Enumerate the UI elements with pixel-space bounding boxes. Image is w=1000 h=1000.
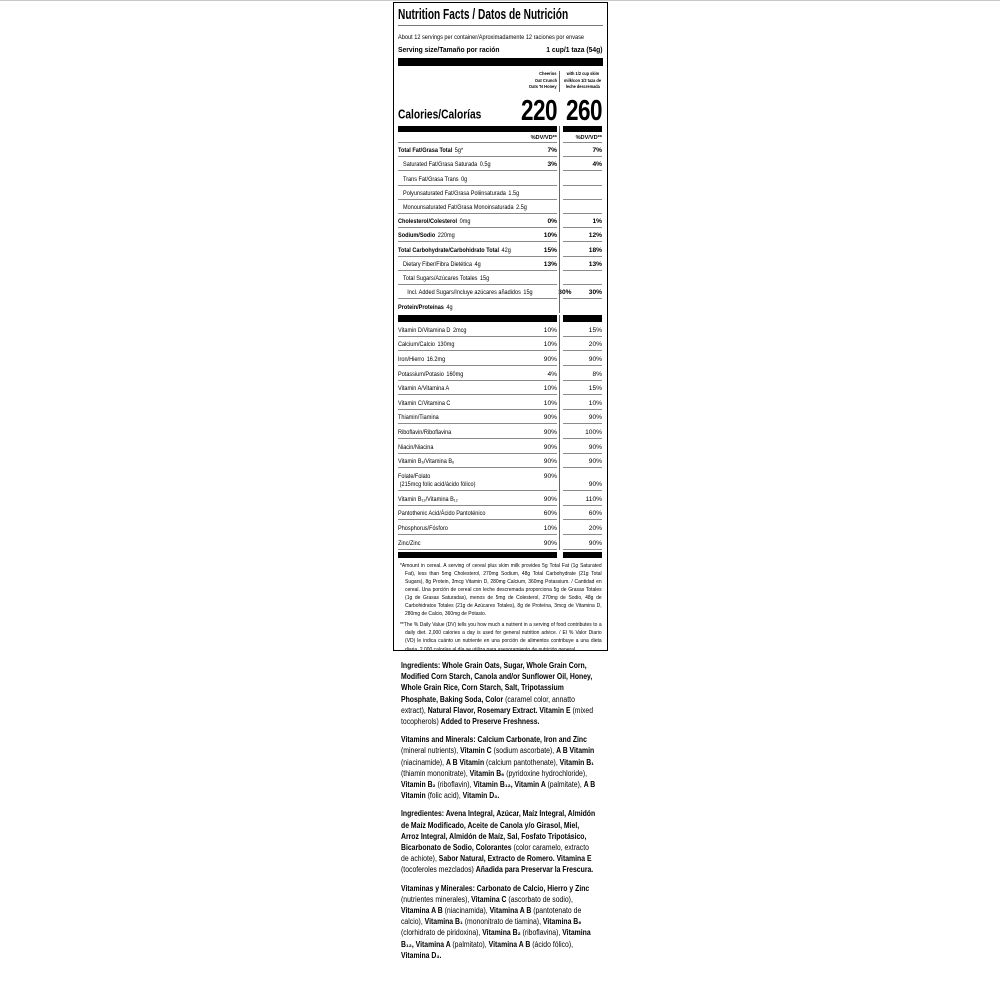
daily-value-cereal: 7%	[547, 147, 557, 154]
nutrient-label-group: Sodium/Sodio220mg	[398, 232, 455, 239]
daily-value-with-milk-cell: 10%	[563, 395, 602, 410]
footnote: *Amount in cereal. A serving of cereal p…	[400, 562, 602, 619]
nutrient-cell: Iron/Hierro16.2mg90%	[398, 351, 557, 366]
ingredient-regular-text: (pyridoxine hydrochloride),	[506, 769, 587, 778]
nutrient-amount: 160mg	[446, 371, 463, 378]
nutrient-cell: Vitamin C/Vitamina C10%	[398, 395, 557, 410]
daily-value-with-milk-cell: 20%	[563, 337, 602, 352]
nutrient-cell: Zinc/Zinc90%	[398, 535, 557, 550]
nutrient-label-group: Thiamin/Tiamina	[398, 414, 439, 421]
ingredient-bold-text: Vitamin D₃.	[463, 791, 500, 800]
nutrient-name: Iron/Hierro	[398, 356, 424, 363]
column-divider	[557, 454, 563, 469]
ingredient-bold-text: Added to Preserve Freshness.	[441, 717, 540, 726]
nutrient-label-group: Vitamin D/Vitamina D2mcg	[398, 327, 466, 334]
column-divider	[557, 322, 563, 337]
calories-row: Calories/Calorías 220 260	[398, 93, 603, 124]
panel-title: Nutrition Facts / Datos de Nutrición	[398, 4, 568, 23]
nutrient-sublabel: (215mcg folic acid/ácido fólico)	[398, 481, 532, 488]
nutrient-row: Phosphorus/Fósforo10%20%	[398, 520, 603, 535]
daily-value-cereal: 90%	[544, 444, 557, 451]
ingredient-bold-text: Vitamina A B	[401, 906, 445, 915]
calories-value-cereal: 220	[521, 98, 557, 124]
column-divider	[557, 214, 563, 228]
nutrient-cell: Trans Fat/Grasa Trans0g	[398, 171, 557, 185]
daily-value-with-milk-cell: 15%	[563, 322, 602, 337]
daily-value-cereal: 90%	[544, 429, 557, 436]
nutrient-amount: 2mcg	[453, 327, 467, 334]
nutrient-row: Zinc/Zinc90%90%	[398, 535, 603, 550]
nutrient-name: Dietary Fiber/Fibra Dietética	[403, 261, 472, 268]
nutrient-row: Total Sugars/Azúcares Totales15g	[398, 271, 603, 285]
column-divider	[557, 271, 563, 285]
daily-value-cereal: 0%	[547, 218, 557, 225]
daily-value-with-milk: 12%	[589, 232, 602, 239]
nutrient-label-group: Vitamin C/Vitamina C	[398, 400, 450, 407]
nutrient-label-group: Incl. Added Sugars/Incluye azúcares añad…	[398, 289, 533, 296]
nutrient-label-group: Total Carbohydrate/Carbohidrato Total42g	[398, 247, 511, 254]
nutrient-row: Trans Fat/Grasa Trans0g	[398, 171, 603, 185]
daily-value-with-milk: 20%	[589, 525, 602, 532]
ingredient-regular-text: (palmitato),	[452, 940, 488, 949]
nutrient-label-group: Zinc/Zinc	[398, 540, 420, 547]
ingredients-paragraph: Ingredients: Whole Grain Oats, Sugar, Wh…	[401, 660, 598, 727]
daily-value-with-milk-cell: 1%	[563, 214, 602, 228]
daily-value-cereal: 13%	[544, 261, 557, 268]
daily-value-with-milk-cell: 7%	[563, 143, 602, 157]
nutrient-name: Folate/Folato	[398, 473, 430, 480]
nutrient-amount: 0g	[461, 176, 467, 183]
ingredient-bold-text: Vitamina B₆	[543, 917, 581, 926]
ingredient-bold-text: Vitamina D₃.	[401, 951, 441, 960]
nutrient-row: Riboflavin/Riboflavina90%100%	[398, 424, 603, 439]
nutrient-amount: 130mg	[437, 341, 454, 348]
ingredient-bold-text: A B Vitamin	[556, 746, 594, 755]
serving-size-value: 1 cup/1 taza (54g)	[547, 45, 603, 54]
ingredient-bold-text: A B Vitamin	[446, 758, 486, 767]
nutrient-name: Vitamin B₁₂/Vitamina B₁₂	[398, 496, 458, 503]
vitamin-mineral-rows: Vitamin D/Vitamina D2mcg10%15%Calcium/Ca…	[398, 322, 603, 549]
nutrient-name: Sodium/Sodio	[398, 232, 435, 239]
daily-value-with-milk-cell: 30%	[563, 285, 602, 299]
daily-value-with-milk: 10%	[589, 400, 602, 407]
column-divider	[557, 337, 563, 352]
column1-header-line: Cheerios	[540, 72, 557, 79]
daily-value-with-milk-cell: 13%	[563, 257, 602, 271]
nutrient-cell: Total Fat/Grasa Total5g*7%	[398, 143, 557, 157]
nutrient-name: Calcium/Calcio	[398, 341, 435, 348]
daily-value-with-milk-cell: 4%	[563, 157, 602, 171]
nutrient-label-group: Pantothenic Acid/Ácido Pantoténico	[398, 510, 485, 517]
nutrient-name: Protein/Proteínas	[398, 304, 444, 311]
daily-value-with-milk: 90%	[589, 444, 602, 451]
column-divider	[557, 439, 563, 454]
nutrient-row: Dietary Fiber/Fibra Dietética4g13%13%	[398, 257, 603, 271]
column-divider	[557, 520, 563, 535]
nutrient-name: Niacin/Niacina	[398, 444, 433, 451]
nutrient-row: Pantothenic Acid/Ácido Pantoténico60%60%	[398, 506, 603, 521]
ingredient-bold-text: Vitamina A B	[489, 940, 533, 949]
nutrient-label-group: Dietary Fiber/Fibra Dietética4g	[398, 261, 481, 268]
daily-value-with-milk: 90%	[589, 540, 602, 547]
nutrient-label-group: Polyunsaturated Fat/Grasa Poliinsaturada…	[398, 190, 519, 197]
daily-value-with-milk-cell	[563, 299, 602, 313]
daily-value-with-milk-cell: 90%	[563, 410, 602, 425]
ingredient-bold-text: Vitamins and Minerals: Calcium Carbonate…	[401, 735, 587, 744]
serving-size-label: Serving size/Tamaño por ración	[398, 45, 500, 54]
column-divider	[557, 366, 563, 381]
nutrient-label-group: Total Sugars/Azúcares Totales15g	[398, 275, 489, 282]
nutrient-label-group: Calcium/Calcio130mg	[398, 341, 454, 348]
ingredient-bold-text: Natural Flavor, Rosemary Extract. Vitami…	[428, 706, 573, 715]
daily-value-with-milk-cell: 90%	[563, 468, 602, 491]
nutrient-amount: 2.5g	[516, 204, 527, 211]
column-divider	[557, 257, 563, 271]
nutrition-label: Nutrition Facts / Datos de Nutrición Abo…	[393, 2, 608, 968]
nutrient-row: Potassium/Potasio160mg4%8%	[398, 366, 603, 381]
nutrient-label-group: Folate/Folato	[398, 473, 430, 480]
daily-value-with-milk-cell: 8%	[563, 366, 602, 381]
column-divider	[557, 171, 563, 185]
daily-value-cereal: 10%	[544, 327, 557, 334]
nutrition-facts-panel: Nutrition Facts / Datos de Nutrición Abo…	[393, 2, 608, 651]
nutrient-name: Monounsaturated Fat/Grasa Monoinsaturada	[403, 204, 514, 211]
column1-header-line: Oat Crunch	[535, 79, 557, 86]
nutrient-label-group: Riboflavin/Riboflavina	[398, 429, 451, 436]
daily-value-with-milk-cell	[563, 200, 602, 214]
nutrient-cell: Protein/Proteínas4g	[398, 299, 557, 313]
column-divider	[557, 143, 563, 157]
ingredient-regular-text: (palmitate),	[547, 780, 583, 789]
nutrient-label-group: Total Fat/Grasa Total5g*	[398, 147, 463, 154]
nutrient-name: Vitamin C/Vitamina C	[398, 400, 450, 407]
column-divider	[557, 395, 563, 410]
daily-value-with-milk-cell: 12%	[563, 228, 602, 242]
ingredient-bold-text: Vitamina B₁	[425, 917, 465, 926]
nutrient-cell: Monounsaturated Fat/Grasa Monoinsaturada…	[398, 200, 557, 214]
column-divider	[557, 410, 563, 425]
nutrient-name: Total Fat/Grasa Total	[398, 147, 452, 154]
nutrient-name: Zinc/Zinc	[398, 540, 420, 547]
nutrient-row: Niacin/Niacina90%90%	[398, 439, 603, 454]
nutrient-cell: Riboflavin/Riboflavina90%	[398, 424, 557, 439]
ingredient-regular-text: (clorhidrato de piridoxina),	[401, 928, 482, 937]
nutrient-cell: Incl. Added Sugars/Incluye azúcares añad…	[398, 285, 557, 299]
nutrient-row: Polyunsaturated Fat/Grasa Poliinsaturada…	[398, 186, 603, 200]
nutrient-amount: 16.2mg	[427, 356, 445, 363]
daily-value-cereal: 90%	[544, 496, 557, 503]
ingredient-bold-text: Vitamin B₂	[401, 780, 437, 789]
nutrient-name: Total Sugars/Azúcares Totales	[403, 275, 477, 282]
nutrient-amount: 15g	[480, 275, 489, 282]
daily-value-cereal: 90%	[544, 356, 557, 363]
dv-header-col2: %DV/VD**	[576, 135, 602, 141]
ingredient-bold-text: Vitamin B₁	[560, 758, 594, 767]
daily-value-with-milk-cell: 18%	[563, 242, 602, 256]
column2-header: with 1/2 cup skimmilk/con 1/2 taza delec…	[563, 71, 602, 92]
nutrient-name: Vitamin D/Vitamina D	[398, 327, 450, 334]
nutrient-cell: Dietary Fiber/Fibra Dietética4g13%	[398, 257, 557, 271]
ingredient-bold-text: Vitamin B₆	[470, 769, 507, 778]
nutrient-name: Trans Fat/Grasa Trans	[403, 176, 459, 183]
daily-value-with-milk: 90%	[589, 414, 602, 421]
thick-bar-top	[398, 58, 603, 66]
daily-value-with-milk-cell: 60%	[563, 506, 602, 521]
nutrient-row: Protein/Proteínas4g	[398, 299, 603, 313]
daily-value-with-milk: 8%	[592, 371, 602, 378]
ingredient-bold-text: Vitamina B₂	[482, 928, 522, 937]
column-divider	[557, 157, 563, 171]
nutrient-row: Iron/Hierro16.2mg90%90%	[398, 351, 603, 366]
nutrient-row: Total Carbohydrate/Carbohidrato Total42g…	[398, 242, 603, 256]
nutrient-name: Pantothenic Acid/Ácido Pantoténico	[398, 510, 485, 517]
nutrient-row: Vitamin A/Vitamina A10%15%	[398, 381, 603, 396]
daily-value-with-milk-cell: 90%	[563, 535, 602, 550]
nutrient-label-group: Monounsaturated Fat/Grasa Monoinsaturada…	[398, 204, 527, 211]
daily-value-with-milk-cell: 90%	[563, 439, 602, 454]
nutrient-label-group: Vitamin B₆/Vitamina B₆	[398, 458, 454, 465]
daily-value-cereal: 10%	[544, 341, 557, 348]
nutrient-cell: Vitamin A/Vitamina A10%	[398, 381, 557, 396]
daily-value-cereal: 90%	[544, 414, 557, 421]
daily-value-cereal: 4%	[547, 371, 557, 378]
ingredient-bold-text: Vitamina C	[471, 895, 508, 904]
column-divider	[557, 468, 563, 491]
daily-value-with-milk: 90%	[589, 356, 602, 363]
calories-label: Calories/Calorías	[398, 107, 481, 122]
nutrient-cell: Potassium/Potasio160mg4%	[398, 366, 557, 381]
column-divider	[557, 491, 563, 506]
ingredient-regular-text: (thiamin mononitrate),	[401, 769, 470, 778]
nutrient-row: Vitamin B₆/Vitamina B₆90%90%	[398, 454, 603, 469]
nutrient-cell: Saturated Fat/Grasa Saturada0.5g3%	[398, 157, 557, 171]
nutrient-amount: 4g	[446, 304, 452, 311]
nutrient-cell: Calcium/Calcio130mg10%	[398, 337, 557, 352]
column-headers: CheeriosOat CrunchOats 'N Honey with 1/2…	[398, 71, 603, 92]
nutrient-label-group: Vitamin B₁₂/Vitamina B₁₂	[398, 496, 458, 503]
nutrient-row: Sodium/Sodio220mg10%12%	[398, 228, 603, 242]
nutrient-cell: Cholesterol/Colesterol0mg0%	[398, 214, 557, 228]
daily-value-cereal: 10%	[544, 525, 557, 532]
nutrient-cell: Folate/Folato90%(215mcg folic acid/ácido…	[398, 468, 557, 491]
ingredient-bold-text: Sabor Natural, Extracto de Romero. Vitam…	[439, 854, 592, 863]
daily-value-with-milk-cell: 110%	[563, 491, 602, 506]
column-divider	[557, 200, 563, 214]
footnotes: *Amount in cereal. A serving of cereal p…	[398, 561, 603, 651]
daily-value-header-row: %DV/VD** %DV/VD**	[398, 132, 603, 143]
ingredient-regular-text: (niacinamide),	[401, 758, 446, 767]
nutrient-amount: 42g	[502, 247, 511, 254]
daily-value-with-milk-cell: 20%	[563, 520, 602, 535]
nutrient-amount: 4g	[475, 261, 481, 268]
column2-header-line: milk/con 1/2 taza de	[564, 79, 601, 86]
daily-value-with-milk-cell	[563, 186, 602, 200]
column-divider	[557, 351, 563, 366]
daily-value-with-milk: 90%	[589, 481, 602, 488]
daily-value-with-milk: 30%	[589, 289, 602, 296]
nutrient-cell: Total Sugars/Azúcares Totales15g	[398, 271, 557, 285]
ingredients-paragraph: Ingredientes: Avena Integral, Azúcar, Ma…	[401, 808, 598, 875]
daily-value-with-milk: 18%	[589, 247, 602, 254]
daily-value-cereal: 10%	[544, 400, 557, 407]
ingredient-regular-text: (sodium ascorbate),	[494, 746, 557, 755]
nutrient-label-group: Cholesterol/Colesterol0mg	[398, 218, 470, 225]
column-divider	[557, 381, 563, 396]
column-divider	[557, 71, 563, 92]
nutrient-cell: Phosphorus/Fósforo10%	[398, 520, 557, 535]
column-divider	[557, 186, 563, 200]
nutrient-cell: Pantothenic Acid/Ácido Pantoténico60%	[398, 506, 557, 521]
column-divider	[557, 299, 563, 313]
nutrient-cell: Vitamin B₆/Vitamina B₆90%	[398, 454, 557, 469]
nutrient-amount: 15g	[523, 289, 532, 296]
servings-per-container: About 12 servings per container/Aproxima…	[398, 34, 584, 41]
ingredients-paragraph: Vitamins and Minerals: Calcium Carbonate…	[401, 734, 598, 801]
nutrient-row: Thiamin/Tiamina90%90%	[398, 410, 603, 425]
nutrient-row: Calcium/Calcio130mg10%20%	[398, 337, 603, 352]
thick-bar-under-protein	[398, 315, 603, 322]
nutrient-row: Vitamin C/Vitamina C10%10%	[398, 395, 603, 410]
nutrient-label-group: Protein/Proteínas4g	[398, 304, 453, 311]
nutrient-name: Phosphorus/Fósforo	[398, 525, 448, 532]
daily-value-cereal: 15%	[544, 247, 557, 254]
nutrient-name: Riboflavin/Riboflavina	[398, 429, 451, 436]
ingredient-regular-text: (riboflavina),	[523, 928, 563, 937]
daily-value-cereal: 60%	[544, 510, 557, 517]
nutrient-cell: Vitamin B₁₂/Vitamina B₁₂90%	[398, 491, 557, 506]
daily-value-cereal: 90%	[544, 458, 557, 465]
daily-value-with-milk-cell: 100%	[563, 424, 602, 439]
ingredient-bold-text: Vitaminas y Minerales: Carbonato de Calc…	[401, 884, 589, 893]
daily-value-cereal: 90%	[544, 540, 557, 547]
calories-cell-cereal: Calories/Calorías 220	[398, 104, 557, 124]
ingredient-regular-text: (mineral nutrients),	[401, 746, 460, 755]
nutrient-label-group: Saturated Fat/Grasa Saturada0.5g	[398, 161, 491, 168]
daily-value-with-milk: 1%	[592, 218, 602, 225]
thick-bar-under-vitamins	[398, 552, 603, 558]
calories-value-with-milk: 260	[566, 98, 602, 124]
nutrient-amount: 1.5g	[508, 190, 519, 197]
nutrient-name: Potassium/Potasio	[398, 371, 444, 378]
nutrient-amount: 0.5g	[480, 161, 491, 168]
nutrient-row: Folate/Folato90%(215mcg folic acid/ácido…	[398, 468, 603, 491]
column-divider	[557, 506, 563, 521]
ingredient-regular-text: (tocoferoles mezclados)	[401, 865, 476, 874]
nutrient-cell: Polyunsaturated Fat/Grasa Poliinsaturada…	[398, 186, 557, 200]
daily-value-cereal: 3%	[547, 161, 557, 168]
nutrient-row: Vitamin B₁₂/Vitamina B₁₂90%110%	[398, 491, 603, 506]
nutrient-label-group: Niacin/Niacina	[398, 444, 433, 451]
dv-header-col1: %DV/VD**	[531, 135, 557, 141]
ingredient-regular-text: (niacinamida),	[445, 906, 490, 915]
nutrient-row: Incl. Added Sugars/Incluye azúcares añad…	[398, 285, 603, 299]
ingredient-regular-text: (riboflavin),	[437, 780, 473, 789]
nutrient-name: Saturated Fat/Grasa Saturada	[403, 161, 477, 168]
serving-size-row: Serving size/Tamaño por ración 1 cup/1 t…	[398, 45, 603, 54]
daily-value-with-milk: 15%	[589, 327, 602, 334]
nutrient-cell: Sodium/Sodio220mg10%	[398, 228, 557, 242]
ingredient-bold-text: Vitamin B₁₂, Vitamin A	[473, 780, 547, 789]
daily-value-with-milk: 15%	[589, 385, 602, 392]
ingredient-regular-text: (ácido fólico),	[532, 940, 573, 949]
daily-value-with-milk-cell: 15%	[563, 381, 602, 396]
nutrient-cell: Total Carbohydrate/Carbohidrato Total42g…	[398, 242, 557, 256]
nutrient-label-group: Vitamin A/Vitamina A	[398, 385, 449, 392]
nutrient-row: Total Fat/Grasa Total5g*7%7%	[398, 143, 603, 157]
column-divider	[557, 228, 563, 242]
nutrient-amount: 5g*	[455, 147, 463, 154]
ingredients-paragraph: Vitaminas y Minerales: Carbonato de Calc…	[401, 883, 598, 961]
footnote: **The % Daily Value (DV) tells you how m…	[400, 621, 602, 651]
top-divider-line	[0, 0, 1000, 1]
nutrient-name: Thiamin/Tiamina	[398, 414, 439, 421]
daily-value-cereal: 10%	[544, 385, 557, 392]
column-divider	[557, 242, 563, 256]
daily-value-with-milk: 4%	[592, 161, 602, 168]
daily-value-with-milk: 60%	[589, 510, 602, 517]
nutrient-label-group: Iron/Hierro16.2mg	[398, 356, 445, 363]
column2-header-line: leche descremada	[565, 85, 599, 92]
daily-value-with-milk: 100%	[585, 429, 602, 436]
daily-value-with-milk: 110%	[586, 496, 602, 503]
nutrient-name: Cholesterol/Colesterol	[398, 218, 457, 225]
nutrient-name: Total Carbohydrate/Carbohidrato Total	[398, 247, 499, 254]
nutrient-row: Vitamin D/Vitamina D2mcg10%15%	[398, 322, 603, 337]
nutrient-cell: Niacin/Niacina90%	[398, 439, 557, 454]
daily-value-cereal: 10%	[544, 232, 557, 239]
daily-value-with-milk: 7%	[592, 147, 602, 154]
ingredient-regular-text: (nutrientes minerales),	[401, 895, 471, 904]
ingredients-section: Ingredients: Whole Grain Oats, Sugar, Wh…	[393, 660, 608, 961]
column-divider	[557, 424, 563, 439]
nutrient-name: Vitamin B₆/Vitamina B₆	[398, 458, 454, 465]
nutrient-name: Vitamin A/Vitamina A	[398, 385, 449, 392]
ingredient-regular-text: (ascorbato de sodio),	[508, 895, 572, 904]
column2-header-line: with 1/2 cup skim	[566, 72, 599, 79]
nutrient-label-group: Trans Fat/Grasa Trans0g	[398, 176, 467, 183]
nutrient-label-group: Phosphorus/Fósforo	[398, 525, 448, 532]
ingredient-bold-text: Añadida para Preservar la Frescura.	[476, 865, 593, 874]
daily-value-with-milk-cell	[563, 271, 602, 285]
calories-cell-with-milk: 260	[563, 104, 602, 124]
nutrient-amount: 0mg	[460, 218, 471, 225]
daily-value-with-milk: 20%	[589, 341, 602, 348]
nutrient-label-group: Potassium/Potasio160mg	[398, 371, 463, 378]
daily-value-with-milk: 90%	[589, 458, 602, 465]
nutrient-row: Monounsaturated Fat/Grasa Monoinsaturada…	[398, 200, 603, 214]
ingredient-bold-text: Vitamin C	[460, 746, 493, 755]
ingredient-regular-text: (calcium pantothenate),	[486, 758, 560, 767]
column-divider	[557, 285, 563, 299]
nutrient-cell: Vitamin D/Vitamina D2mcg10%	[398, 322, 557, 337]
column1-header-line: Oats 'N Honey	[529, 85, 557, 92]
nutrient-name: Polyunsaturated Fat/Grasa Poliinsaturada	[403, 190, 506, 197]
daily-value-with-milk: 13%	[589, 261, 602, 268]
ingredient-bold-text: Vitamina A B	[490, 906, 534, 915]
daily-value-with-milk-cell	[563, 171, 602, 185]
column1-header: CheeriosOat CrunchOats 'N Honey	[398, 71, 557, 92]
nutrient-cell: Thiamin/Tiamina90%	[398, 410, 557, 425]
column-divider	[557, 535, 563, 550]
daily-value-cereal: 90%	[544, 473, 557, 480]
nutrient-name: Incl. Added Sugars/Incluye azúcares añad…	[407, 289, 521, 296]
ingredient-regular-text: (mononitrato de tiamina),	[465, 917, 543, 926]
nutrient-rows: Total Fat/Grasa Total5g*7%7%Saturated Fa…	[398, 143, 603, 313]
ingredient-regular-text: (folic acid),	[428, 791, 463, 800]
daily-value-with-milk-cell: 90%	[563, 351, 602, 366]
nutrient-row: Cholesterol/Colesterol0mg0%1%	[398, 214, 603, 228]
daily-value-with-milk-cell: 90%	[563, 454, 602, 469]
